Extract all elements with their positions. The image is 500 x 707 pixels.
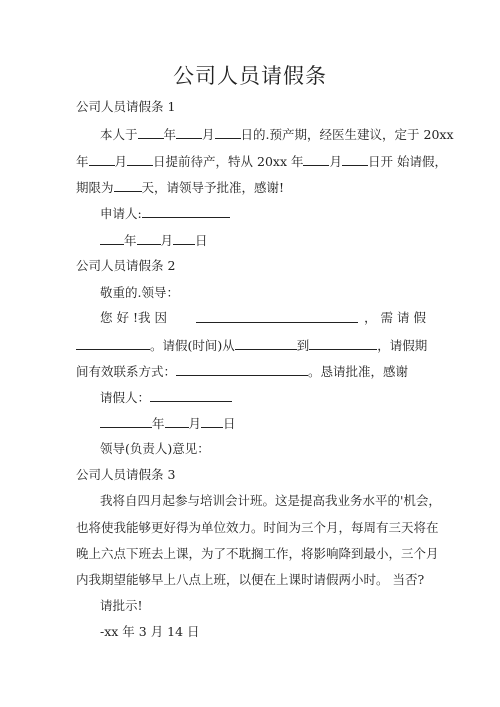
section1-date: 年月日 [100,232,450,249]
section2-line2: 。请假(时间)从到，请假期 [76,337,426,354]
section2-applicant: 请假人： [100,389,450,406]
blank-field[interactable] [89,153,115,166]
section3-closing: 请批示! [100,598,450,614]
section1-paragraph-line1: 本人于年月日的.预产期，经医生建议，定于 20xx [100,126,450,143]
section2-heading: 公司人员请假条 2 [76,258,426,274]
applicant-blank[interactable] [150,389,232,402]
blank-field[interactable] [342,153,368,166]
section2-date: 年月日 [100,415,450,432]
blank-field[interactable] [76,337,150,350]
applicant-blank[interactable] [142,205,230,218]
section1-applicant: 申请人: [100,205,450,222]
blank-field[interactable] [137,232,161,245]
blank-field[interactable] [215,126,241,139]
section3-line: 晚上六点下班去上课，为了不耽搁工作，将影响降到最小，三个月 [76,546,426,562]
section2-line1: 您 好 !我 因 ， 需 请 假 [76,310,426,326]
section3-line: 也将使我能够更好得为单位效力。时间为三个月，每周有三天将在 [76,520,426,536]
section3-heading: 公司人员请假条 3 [76,467,426,483]
section3-line: 内我期望能够早上八点上班，以便在上课时请假两小时。 当否? [76,572,426,588]
section1-heading: 公司人员请假条 1 [76,99,426,115]
section2-greeting: 敬重的.领导： [100,285,450,301]
blank-field[interactable] [100,232,124,245]
blank-field[interactable] [114,179,142,192]
section2-line3: 间有效联系方式：。恳请批准，感谢 [76,363,426,380]
blank-field[interactable] [138,126,164,139]
reason-blank[interactable] [196,310,358,323]
blank-field[interactable] [201,415,223,428]
section1-paragraph-line2: 年月日提前待产，特从 20xx 年月日开 始请假， [76,153,426,170]
blank-field[interactable] [127,153,153,166]
to-blank[interactable] [309,337,377,350]
blank-field[interactable] [100,415,152,428]
section3-date: -xx 年 3 月 14 日 [100,624,450,640]
blank-field[interactable] [303,153,329,166]
blank-field[interactable] [176,126,202,139]
section1-paragraph-line3: 期限为天，请领导予批准，感谢! [76,179,426,196]
blank-field[interactable] [165,415,189,428]
contact-blank[interactable] [176,363,308,376]
document-title: 公司人员请假条 [0,60,500,90]
section3-line: 我将自四月起参与培训会计班。这是提高我业务水平的'机会， [100,493,450,509]
blank-field[interactable] [173,232,195,245]
from-blank[interactable] [235,337,297,350]
section2-leader-opinion: 领导(负责人)意见： [100,441,450,457]
